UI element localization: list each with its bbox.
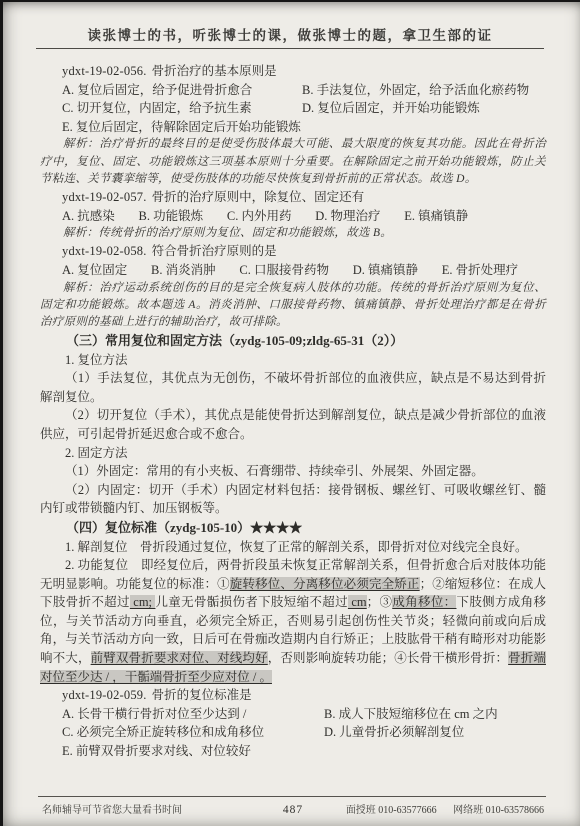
option: B. 功能锻炼 [139, 207, 204, 226]
option: D. 物理治疗 [315, 207, 380, 226]
option-row: E. 前臂双骨折要求对线、对位较好 [62, 742, 546, 761]
paragraph-functional-reduction: 2. 功能复位 即经复位后，两骨折段虽未恢复正常解剖关系，但骨折愈合后对肢体功能… [40, 556, 546, 686]
highlighted-blank: cm [348, 595, 367, 609]
question-id: ydxt-19-02-059. [62, 688, 147, 702]
scan-edge-left [0, 0, 3, 826]
option: E. 复位后固定，待解除固定后开始功能锻炼 [62, 120, 301, 134]
option-row: C. 必须完全矫正旋转移位和成角移位D. 儿童骨折必须解剖复位 [62, 723, 546, 742]
option: C. 口服接骨药物 [239, 261, 329, 280]
option: C. 切开复位，内固定，给予抗生素 [62, 99, 302, 118]
option: A. 复位固定 [62, 261, 127, 280]
sub-heading: 1. 复位方法 [40, 351, 546, 370]
sub-heading: 2. 固定方法 [40, 444, 546, 463]
header-slogan: 读张博士的书，听张博士的课，做张博士的题，拿卫生部的证 [40, 24, 540, 44]
paragraph: 1. 解剖复位 骨折段通过复位，恢复了正常的解剖关系，即骨折对位对线完全良好。 [40, 538, 546, 557]
option: A. 长骨干横行骨折对位至少达到 / [62, 705, 324, 724]
option-row: E. 复位后固定，待解除固定后开始功能锻炼 [62, 118, 546, 137]
option: C. 内外用药 [227, 207, 292, 226]
footer-rule [38, 796, 546, 797]
highlighted-text: 前臂双骨折要求对位、对线均好 [91, 651, 268, 665]
highlighted-text: 旋转移位、分离移位必须完全矫正 [230, 577, 420, 591]
footer-row: 名师辅导可节省您大量看书时间 487 面授班 010-63577666 网络班 … [42, 801, 544, 816]
analysis-text: 解析：治疗运动系统创伤的目的是完全恢复病人肢体的功能。传统的骨折治疗原则为复位、… [40, 280, 546, 332]
question-stem: 骨折的复位标准是 [152, 688, 252, 702]
option: B. 消炎消肿 [151, 261, 216, 280]
analysis-text: 解析：治疗骨折的最终目的是使受伤肢体最大可能、最大限度的恢复其功能。因此在骨折治… [40, 136, 546, 188]
option-row: A. 长骨干横行骨折对位至少达到 /B. 成人下肢短缩移位在 cm 之内 [62, 705, 546, 724]
scanned-book-page: 读张博士的书，听张博士的课，做张博士的题，拿卫生部的证 ydxt-19-02-0… [0, 0, 580, 826]
option: B. 成人下肢短缩移位在 cm 之内 [324, 707, 498, 721]
paragraph: （1）手法复位，其优点为无创伤，不破坏骨折部位的血液供应，缺点是不易达到骨折解剖… [40, 369, 546, 406]
text-segment: ，否则影响旋转功能；④长骨干横形骨折： [268, 651, 508, 665]
scan-edge-top [0, 0, 580, 2]
paragraph: （2）内固定：切开（手术）内固定材料包括：接骨钢板、螺丝钉、可吸收螺丝钉、髓内钉… [40, 481, 546, 518]
question-id: ydxt-19-02-056. [62, 64, 147, 78]
question-056: ydxt-19-02-056.骨折治疗的基本原则是 [62, 62, 546, 81]
text-segment: ；③ [367, 595, 393, 609]
question-id: ydxt-19-02-058. [62, 244, 147, 258]
option-row: A. 复位固定B. 消炎消肿C. 口服接骨药物D. 镇痛镇静E. 骨折处理疗 [62, 261, 546, 280]
question-057: ydxt-19-02-057.骨折的治疗原则中，除复位、固定还有 [62, 188, 546, 207]
question-059: ydxt-19-02-059.骨折的复位标准是 [62, 686, 546, 705]
option: C. 必须完全矫正旋转移位和成角移位 [62, 723, 324, 742]
option: E. 骨折处理疗 [442, 261, 518, 280]
footer-contacts: 面授班 010-63577666 网络班 010-63578666 [303, 801, 544, 816]
option: E. 镇痛镇静 [404, 207, 468, 226]
highlighted-text: 成角移位： [392, 595, 456, 609]
option: A. 复位后固定，给予促进骨折愈合 [62, 81, 302, 100]
option-row: A. 抗感染B. 功能锻炼C. 内外用药D. 物理治疗E. 镇痛镇静 [62, 207, 546, 226]
footer-left-note: 名师辅导可节省您大量看书时间 [42, 801, 283, 816]
footer-onsite-class: 面授班 010-63577666 [346, 805, 437, 816]
page-footer: 名师辅导可节省您大量看书时间 487 面授班 010-63577666 网络班 … [0, 796, 580, 816]
header-rule [36, 48, 544, 49]
option: D. 镇痛镇静 [353, 261, 418, 280]
page-content: ydxt-19-02-056.骨折治疗的基本原则是 A. 复位后固定，给予促进骨… [40, 62, 546, 761]
highlighted-blank: cm; [130, 595, 156, 609]
option: A. 抗感染 [62, 207, 115, 226]
question-id: ydxt-19-02-057. [62, 190, 147, 204]
question-stem: 骨折治疗的基本原则是 [152, 64, 277, 78]
section-heading: （三）常用复位和固定方法（zydg-105-09;zldg-65-31（2）） [40, 331, 546, 351]
option-row: C. 切开复位，内固定，给予抗生素D. 复位后固定，并开始功能锻炼 [62, 99, 546, 118]
option: D. 儿童骨折必须解剖复位 [324, 725, 464, 739]
section-heading: （四）复位标准（zydg-105-10）★★★★ [40, 518, 546, 538]
text-segment: 儿童无骨骺损伤者下肢短缩不超过 [155, 595, 347, 609]
option-row: A. 复位后固定，给予促进骨折愈合B. 手法复位，外固定，给予活血化瘀药物 [62, 81, 546, 100]
option: D. 复位后固定，并开始功能锻炼 [302, 101, 480, 115]
footer-online-class: 网络班 010-63578666 [453, 805, 544, 816]
analysis-text: 解析：传统骨折的治疗原则为复位、固定和功能锻炼，故选 B。 [40, 225, 546, 242]
paragraph: （1）外固定：常用的有小夹板、石膏绷带、持续牵引、外展架、外固定器。 [40, 462, 546, 481]
question-stem: 骨折的治疗原则中，除复位、固定还有 [152, 190, 365, 204]
question-058: ydxt-19-02-058.符合骨折治疗原则的是 [62, 242, 546, 261]
option: E. 前臂双骨折要求对线、对位较好 [62, 744, 251, 758]
question-stem: 符合骨折治疗原则的是 [152, 244, 277, 258]
option: B. 手法复位，外固定，给予活血化瘀药物 [302, 83, 529, 97]
paragraph: （2）切开复位（手术），其优点是能使骨折达到解剖复位，缺点是减少骨折部位的血液供… [40, 406, 546, 443]
page-number: 487 [283, 804, 303, 816]
